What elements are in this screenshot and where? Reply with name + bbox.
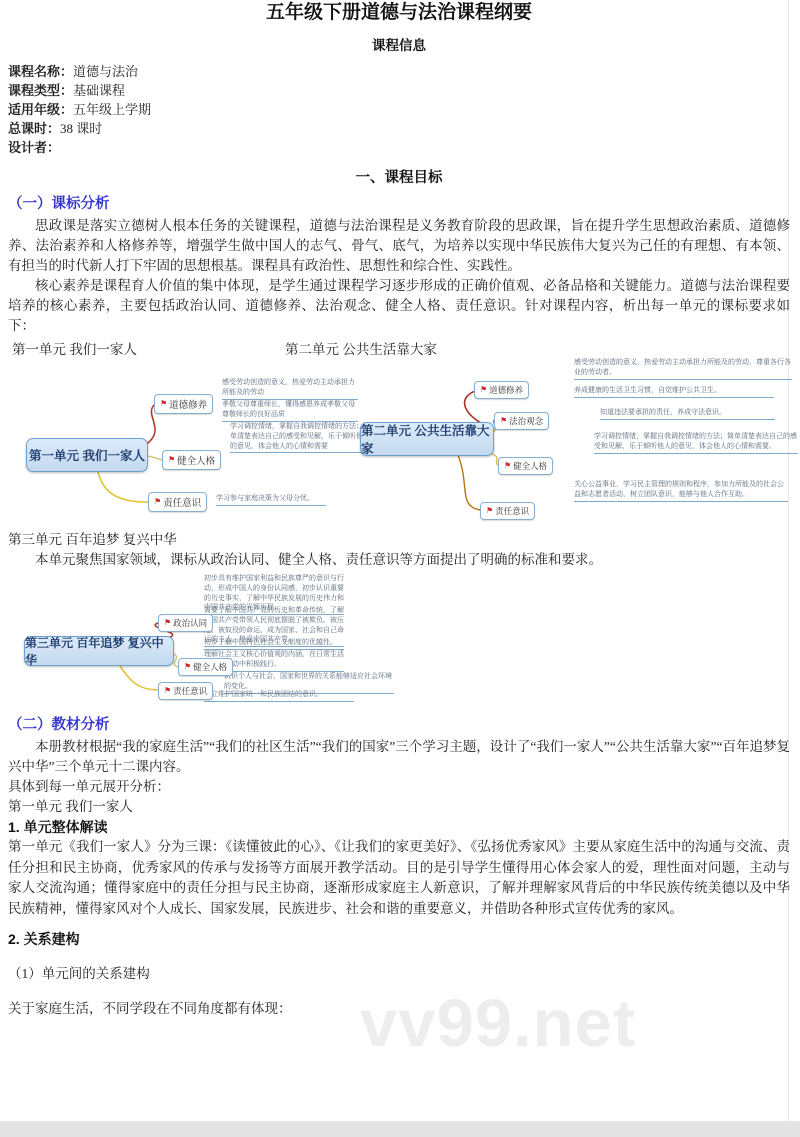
course-info-heading: 课程信息: [8, 34, 790, 54]
page-bottom-band: [0, 1121, 800, 1137]
flag-icon: ⚑: [164, 687, 171, 695]
info-value: 五年级上学期: [73, 102, 151, 117]
mindmap-branch-jianquan: ⚑ 健全人格: [178, 658, 233, 676]
info-row-hours: 总课时：38 课时: [8, 119, 790, 138]
unit3-paragraph: 本单元聚焦国家领域，课标从政治认同、健全人格、责任意识等方面提出了明确的标准和要…: [8, 550, 790, 570]
paragraph-hexin: 核心素养是课程育人价值的集中体现，是学生通过课程学习逐步形成的正确价值观、必备品…: [8, 276, 790, 336]
mindmap-leaf-text: 感受劳动创造的意义，热爱劳动主动承担力所能及的劳动，尊重各行各业的劳动者。: [574, 358, 792, 380]
info-row-course-type: 课程类型：基础课程: [8, 81, 790, 100]
info-row-grade: 适用年级：五年级上学期: [8, 100, 790, 119]
paragraph-family: 关于家庭生活，不同学段在不同角度都有体现：: [8, 999, 790, 1019]
branch-label: 健全人格: [513, 460, 547, 472]
document-page: vv99.net 五年级下册道德与法治课程纲要 课程信息 课程名称：道德与法治 …: [0, 0, 800, 1137]
mindmap-leaf-text: 树立维护国家统一和民族团结的意识。: [204, 690, 354, 702]
kebiao-analysis-heading: （一）课标分析: [8, 192, 790, 213]
flag-icon: ⚑: [154, 498, 161, 506]
mindmap-branch-zeren: ⚑ 责任意识: [158, 682, 213, 700]
branch-label: 道德修养: [489, 384, 523, 396]
info-value: 道德与法治: [73, 64, 138, 79]
info-value: 38 课时: [60, 121, 102, 136]
mindmap-branch-daode: ⚑ 道德修养: [154, 394, 213, 414]
mindmap-branch-jianquan: ⚑ 健全人格: [162, 450, 221, 470]
mindmap-branch-zhengzhi: ⚑ 政治认同: [158, 614, 213, 632]
flag-icon: ⚑: [480, 386, 487, 394]
flag-icon: ⚑: [160, 400, 167, 408]
mindmap-leaf-text: 孝敬父母尊重师长，懂得感恩养成孝敬父母尊敬师长的良好品质: [222, 400, 358, 422]
mindmap-leaf-text: 学习调控情绪，掌握自我调控情绪的方法；简单清楚表达自己的感受和见解，乐于倾听他人…: [230, 422, 370, 453]
unit1-heading: 第一单元 我们一家人: [12, 338, 137, 358]
info-row-course-name: 课程名称：道德与法治: [8, 62, 790, 81]
paragraph-specific: 具体到每一单元展开分析：: [8, 777, 790, 797]
mindmap-root-unit1: 第一单元 我们一家人: [26, 438, 148, 472]
branch-label: 责任意识: [495, 505, 529, 517]
mindmap-branch-daode: ⚑ 道德修养: [474, 381, 529, 399]
jiaocai-analysis-heading: （二）教材分析: [8, 713, 790, 734]
unit3-heading: 第三单元 百年追梦 复兴中华: [8, 530, 790, 550]
mindmap-leaf-text: 感受劳动创造的意义，热爱劳动主动承担力所能及的劳动: [222, 378, 358, 400]
paragraph-sizheng: 思政课是落实立德树人根本任务的关键课程，道德与法治课程是义务教育阶段的思政课，旨…: [8, 216, 790, 276]
guanxi-heading: 2. 关系建构: [8, 929, 790, 949]
info-label: 设计者：: [8, 140, 60, 155]
branch-label: 责任意识: [163, 495, 201, 509]
flag-icon: ⚑: [164, 619, 171, 627]
course-info-list: 课程名称：道德与法治 课程类型：基础课程 适用年级：五年级上学期 总课时：38 …: [8, 62, 790, 157]
flag-icon: ⚑: [168, 456, 175, 464]
mindmap-leaf-text: 初步了解中国特色社会主义制度的优越性。: [204, 638, 344, 650]
flag-icon: ⚑: [486, 507, 493, 515]
info-label: 课程类型：: [8, 83, 73, 98]
mindmap-leaf-text: 关心公益事业，学习民主管理的规则和程序，参加力所能及的社会公益和志愿者活动，树立…: [574, 480, 788, 502]
mindmap-branch-fazhi: ⚑ 法治观念: [494, 412, 549, 430]
mindmap-leaf-text: 学习参与家庭决策为父母分忧。: [216, 494, 326, 506]
jiedu-heading: 1. 单元整体解读: [8, 817, 790, 837]
branch-label: 健全人格: [177, 453, 215, 467]
unit1-heading-repeat: 第一单元 我们一家人: [8, 797, 790, 817]
info-row-designer: 设计者：: [8, 138, 790, 157]
paragraph-jiaocai: 本册教材根据“我的家庭生活”“我们的社区生活”“我们的国家”三个学习主题，设计了…: [8, 737, 790, 777]
mindmap-root-unit3: 第三单元 百年追梦 复兴中华: [24, 636, 174, 666]
branch-label: 责任意识: [173, 685, 207, 697]
mindmap-branch-jianquan: ⚑ 健全人格: [498, 457, 553, 475]
branch-label: 健全人格: [193, 661, 227, 673]
flag-icon: ⚑: [504, 462, 511, 470]
document-content: 五年级下册道德与法治课程纲要 课程信息 课程名称：道德与法治 课程类型：基础课程…: [0, 0, 800, 1019]
branch-label: 道德修养: [169, 397, 207, 411]
branch-label: 政治认同: [173, 617, 207, 629]
page-title: 五年级下册道德与法治课程纲要: [8, 0, 790, 24]
flag-icon: ⚑: [500, 417, 507, 425]
mindmap-row-unit-3: 第三单元 百年追梦 复兴中华 ⚑ 政治认同 初步具有维护国家利益和民族尊严的意识…: [8, 572, 790, 708]
mindmap-leaf-text: 知道违法要承担的责任，养成守法意识。: [600, 408, 775, 420]
unit2-heading: 第二单元 公共生活靠大家: [285, 338, 437, 358]
unit-headings-row: 第一单元 我们一家人 第二单元 公共生活靠大家: [8, 338, 790, 356]
mindmap-leaf-text: 学习调控情绪，掌握自我调控情绪的方法；简单清楚表达自己的感受和见解，乐于倾听他人…: [594, 432, 798, 454]
info-value: 基础课程: [73, 83, 125, 98]
flag-icon: ⚑: [184, 663, 191, 671]
info-label: 课程名称：: [8, 64, 73, 79]
section-1-title: 一、课程目标: [8, 166, 790, 187]
mindmap-root-unit2: 第二单元 公共生活靠大家: [360, 422, 494, 456]
info-label: 总课时：: [8, 121, 60, 136]
mindmap-row-units-1-2: 第一单元 我们一家人 ⚑ 道德修养 感受劳动创造的意义，热爱劳动主动承担力所能及…: [8, 356, 790, 528]
branch-label: 法治观念: [509, 415, 543, 427]
paragraph-jiedu: 第一单元《我们一家人》分为三课：《读懂彼此的心》、《让我们的家更美好》、《弘扬优…: [8, 837, 790, 919]
mindmap-leaf-text: 养成健康的生活卫生习惯，自觉维护公共卫生。: [574, 386, 774, 398]
mindmap-branch-zeren: ⚑ 责任意识: [480, 502, 535, 520]
guanxi-sub-heading: （1）单元间的关系建构: [8, 964, 790, 984]
mindmap-branch-zeren: ⚑ 责任意识: [148, 492, 207, 512]
info-label: 适用年级：: [8, 102, 73, 117]
